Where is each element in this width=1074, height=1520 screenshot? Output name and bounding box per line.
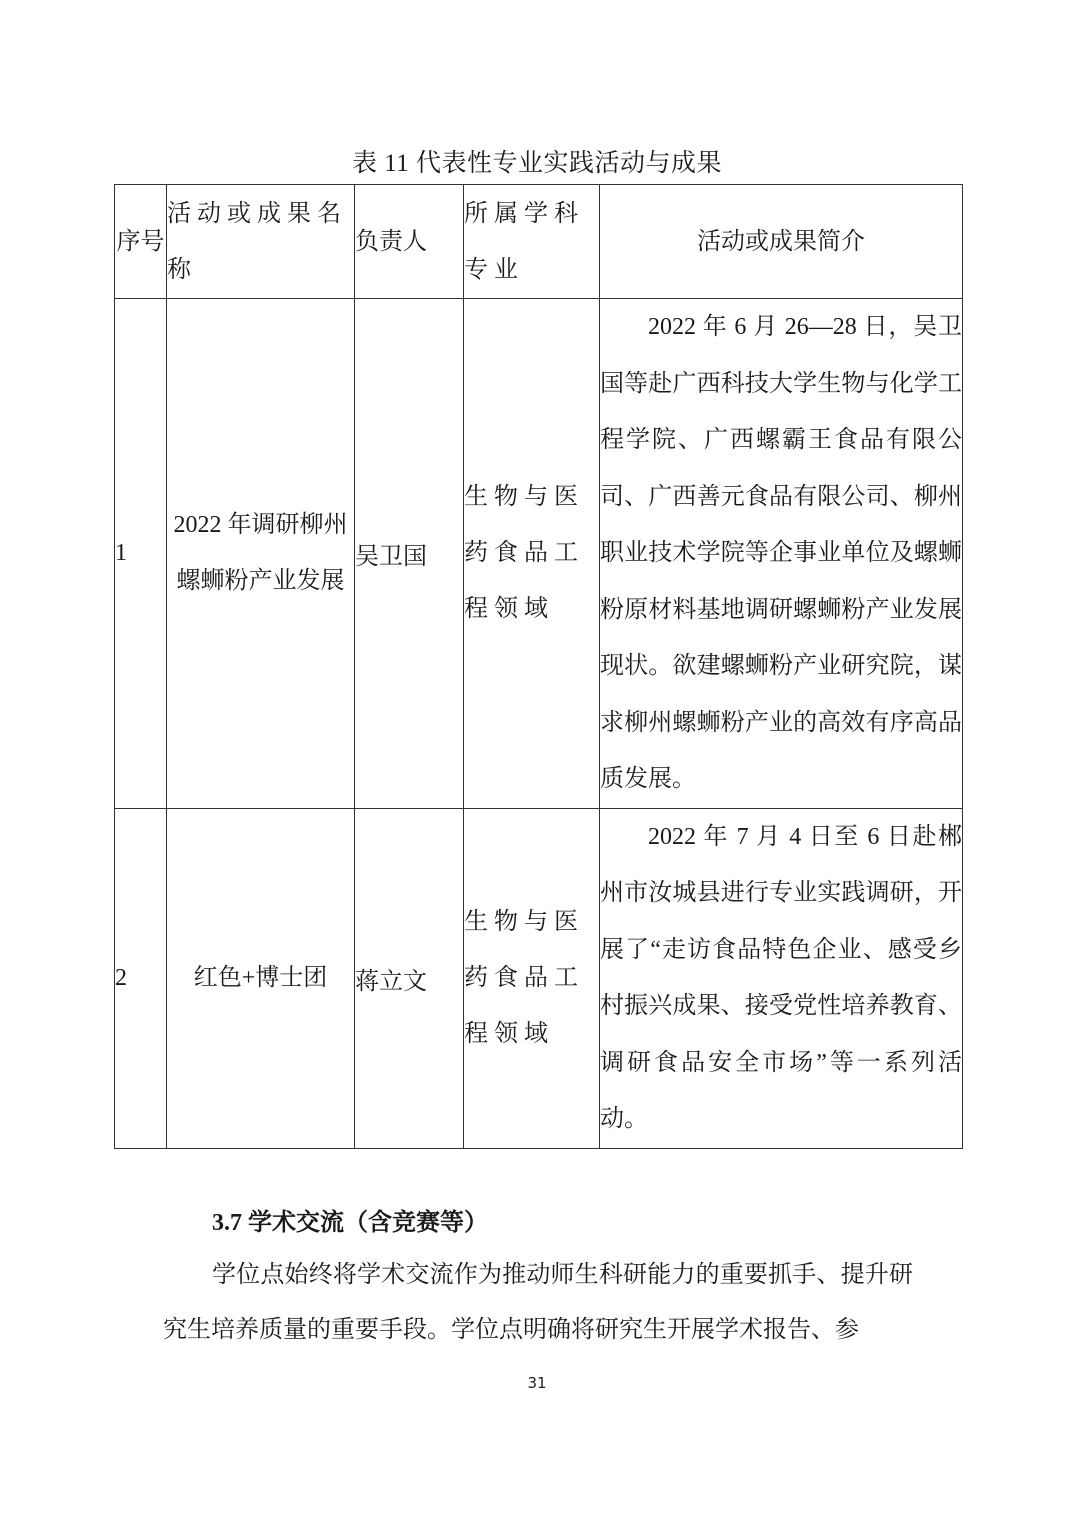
header-seq: 序号 (115, 185, 167, 299)
description-text: 2022 年 7 月 4 日至 6 日赴郴州市汝城县进行专业实践调研，开展了“走… (600, 809, 962, 1148)
cell-field: 生物与医药食品工程领域 (464, 299, 600, 809)
cell-name: 2022 年调研柳州螺蛳粉产业发展 (167, 299, 355, 809)
header-person: 负责人 (355, 185, 464, 299)
cell-person: 吴卫国 (355, 299, 464, 809)
cell-description: 2022 年 6 月 26—28 日，吴卫国等赴广西科技大学生物与化学工程学院、… (600, 299, 963, 809)
header-description: 活动或成果简介 (600, 185, 963, 299)
description-text: 2022 年 6 月 26—28 日，吴卫国等赴广西科技大学生物与化学工程学院、… (600, 299, 962, 808)
page-number: 31 (0, 1373, 1074, 1393)
body-paragraph: 学位点始终将学术交流作为推动师生科研能力的重要抓手、提升研究生培养质量的重要手段… (163, 1248, 913, 1358)
cell-seq: 2 (115, 808, 167, 1148)
table-row: 2 红色+博士团 蒋立文 生物与医药食品工程领域 2022 年 7 月 4 日至… (115, 808, 963, 1148)
table-row: 1 2022 年调研柳州螺蛳粉产业发展 吴卫国 生物与医药食品工程领域 2022… (115, 299, 963, 809)
practice-activities-table: 序号 活动或成果名称 负责人 所属学科专业 活动或成果简介 1 2022 年调研… (114, 184, 963, 1149)
cell-seq: 1 (115, 299, 167, 809)
cell-person: 蒋立文 (355, 808, 464, 1148)
cell-name: 红色+博士团 (167, 808, 355, 1148)
table-header-row: 序号 活动或成果名称 负责人 所属学科专业 活动或成果简介 (115, 185, 963, 299)
header-name: 活动或成果名称 (167, 185, 355, 299)
cell-field: 生物与医药食品工程领域 (464, 808, 600, 1148)
header-field: 所属学科专业 (464, 185, 600, 299)
table-caption: 表 11 代表性专业实践活动与成果 (0, 146, 1074, 182)
cell-description: 2022 年 7 月 4 日至 6 日赴郴州市汝城县进行专业实践调研，开展了“走… (600, 808, 963, 1148)
section-heading: 3.7 学术交流（含竞赛等） (212, 1205, 488, 1241)
